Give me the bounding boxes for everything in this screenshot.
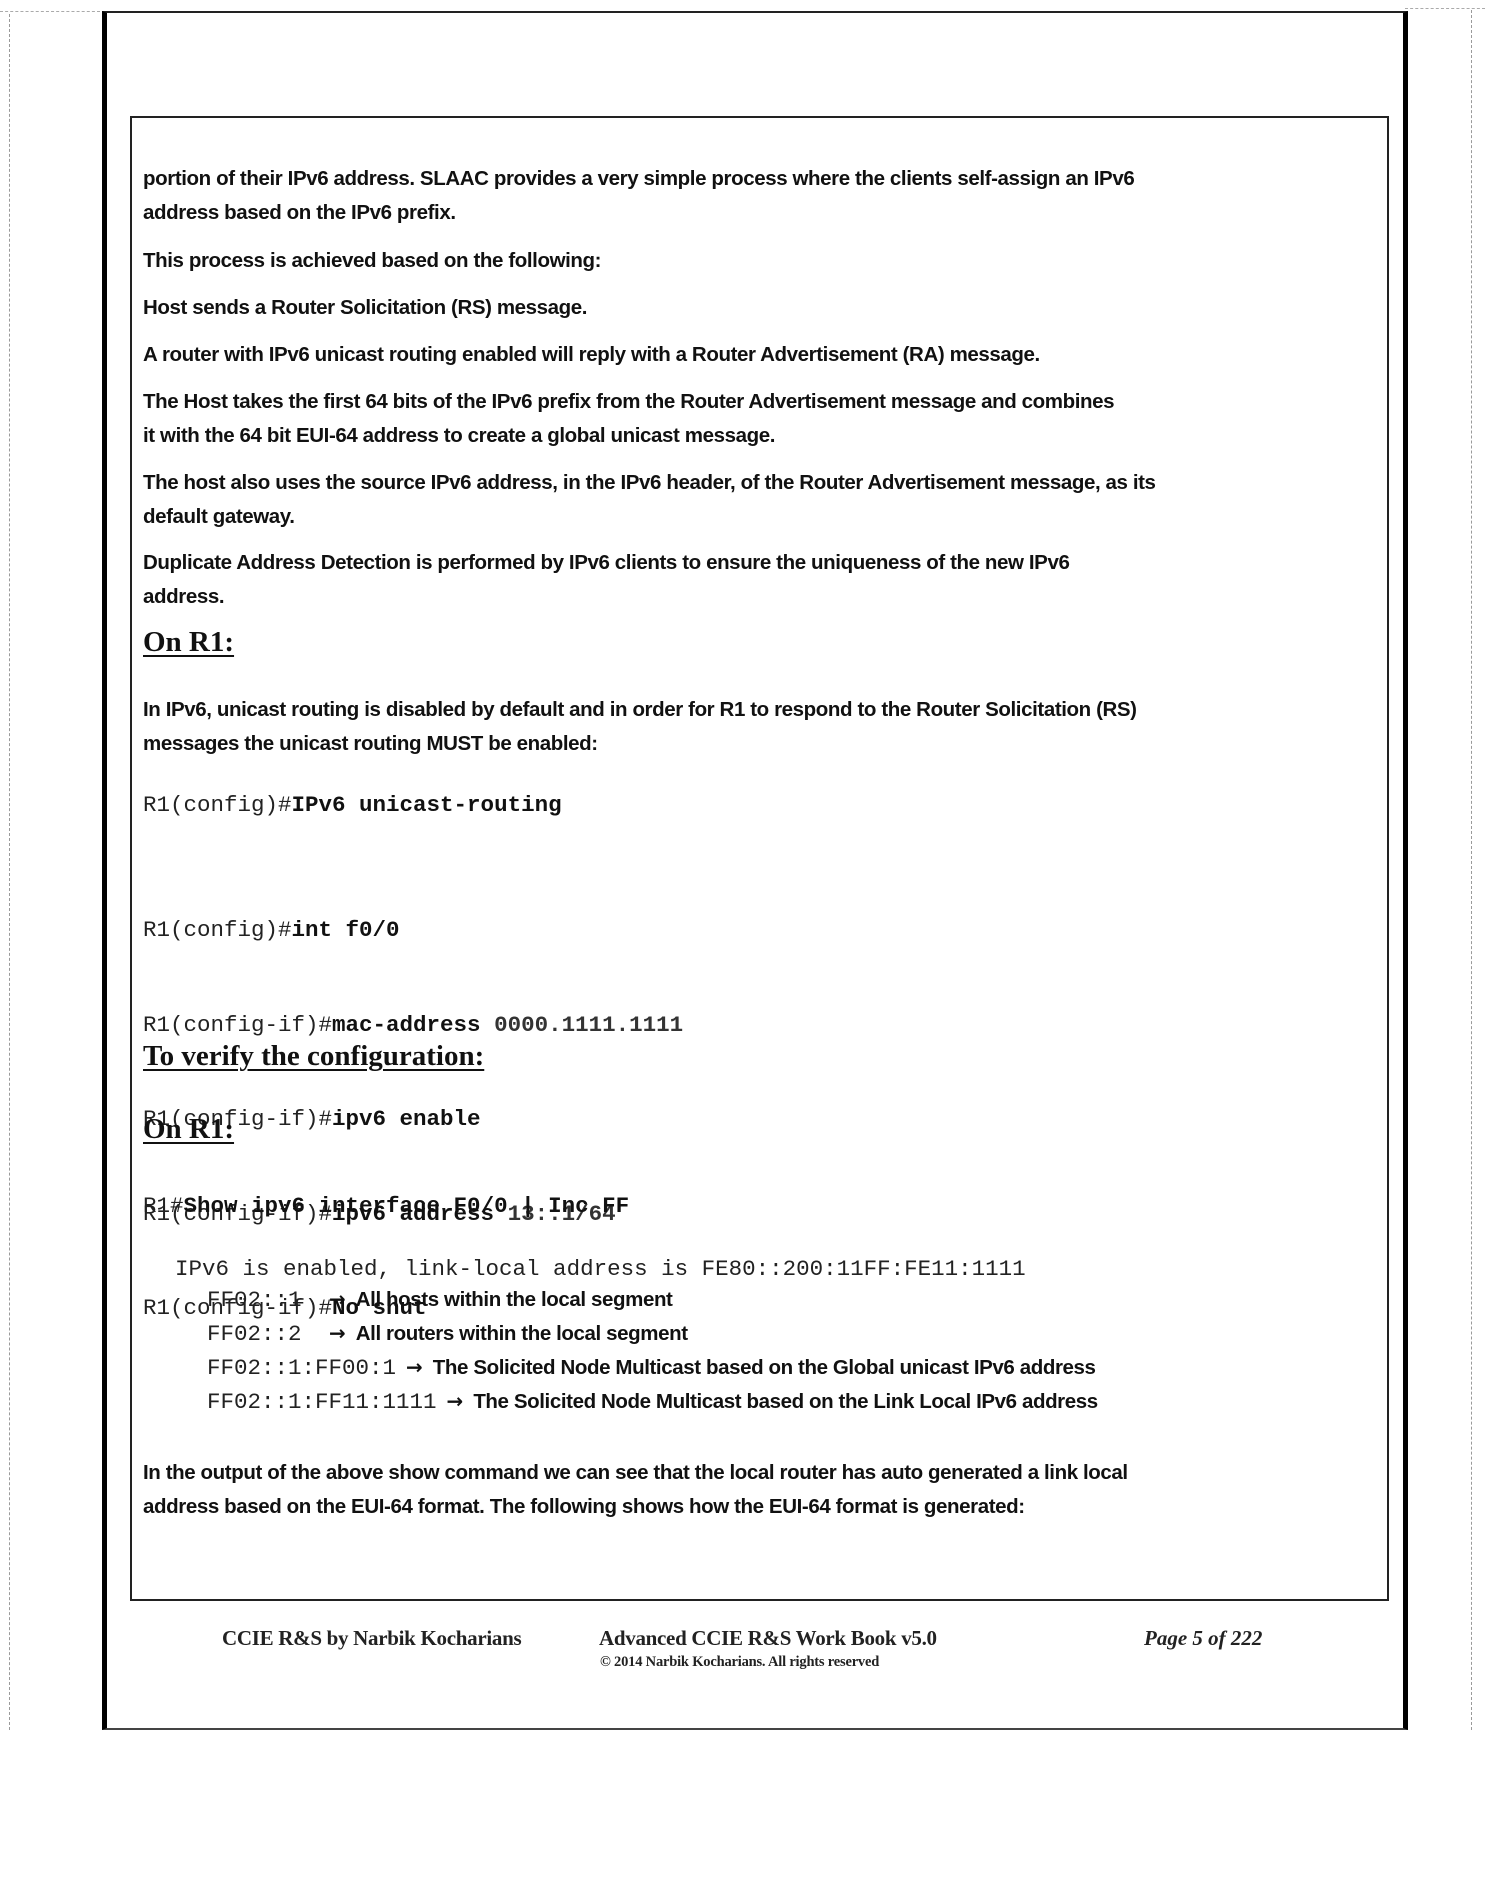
- arrow-right-icon: →: [329, 1321, 346, 1345]
- scan-edge-right: [1471, 10, 1473, 1730]
- arrow-right-icon: →: [447, 1389, 464, 1413]
- paragraph-line: The host also uses the source IPv6 addre…: [143, 466, 1156, 500]
- paragraph-line: portion of their IPv6 address. SLAAC pro…: [143, 162, 1134, 196]
- scan-edge-top-left: [0, 11, 100, 12]
- config-line: R1(config-if)#mac-address 0000.1111.1111: [143, 1010, 683, 1042]
- cli-prompt: R1(config)#: [143, 792, 292, 818]
- paragraph-ra: A router with IPv6 unicast routing enabl…: [143, 338, 1040, 372]
- paragraph-line: In the output of the above show command …: [143, 1456, 1128, 1490]
- cli-prompt: R1(config-if)#: [143, 1012, 332, 1038]
- arrow-right-icon: →: [329, 1287, 346, 1311]
- paragraph-gateway: The host also uses the source IPv6 addre…: [143, 466, 1156, 534]
- heading-on-r1: On R1:: [143, 626, 234, 659]
- multicast-address: FF02::1:FF11:1111: [207, 1389, 437, 1415]
- paragraph-line: A router with IPv6 unicast routing enabl…: [143, 338, 1040, 372]
- paragraph-rs: Host sends a Router Solicitation (RS) me…: [143, 291, 587, 325]
- multicast-description: All routers within the local segment: [356, 1322, 688, 1346]
- heading-verify: To verify the configuration:: [143, 1040, 484, 1073]
- multicast-row: FF02::1:FF00:1→The Solicited Node Multic…: [207, 1355, 1096, 1389]
- paragraph-process: This process is achieved based on the fo…: [143, 244, 601, 278]
- paragraph-line: Duplicate Address Detection is performed…: [143, 546, 1069, 580]
- show-output-line: IPv6 is enabled, link-local address is F…: [175, 1254, 1026, 1286]
- scan-edge-left: [9, 14, 11, 1730]
- multicast-address: FF02::2: [207, 1321, 319, 1347]
- multicast-row: FF02::2→All routers within the local seg…: [207, 1321, 688, 1355]
- multicast-address: FF02::1: [207, 1287, 319, 1313]
- paragraph-line: it with the 64 bit EUI-64 address to cre…: [143, 419, 1114, 453]
- paragraph-eui64: In the output of the above show command …: [143, 1456, 1128, 1524]
- cli-command: int f0/0: [292, 917, 400, 943]
- paragraph-line: Host sends a Router Solicitation (RS) me…: [143, 291, 587, 325]
- multicast-address: FF02::1:FF00:1: [207, 1355, 396, 1381]
- paragraph-slaac: portion of their IPv6 address. SLAAC pro…: [143, 162, 1134, 230]
- paragraph-line: In IPv6, unicast routing is disabled by …: [143, 693, 1137, 727]
- paragraph-dad: Duplicate Address Detection is performed…: [143, 546, 1069, 614]
- paragraph-line: default gateway.: [143, 500, 1156, 534]
- paragraph-line: address based on the EUI-64 format. The …: [143, 1490, 1128, 1524]
- multicast-row: FF02::1→All hosts within the local segme…: [207, 1287, 673, 1321]
- cli-command: Show ipv6 interface F0/0 | Inc FF: [184, 1193, 630, 1219]
- multicast-description: The Solicited Node Multicast based on th…: [433, 1356, 1096, 1380]
- multicast-description: All hosts within the local segment: [356, 1288, 673, 1312]
- multicast-row: FF02::1:FF11:1111→The Solicited Node Mul…: [207, 1389, 1098, 1423]
- paragraph-unicast-note: In IPv6, unicast routing is disabled by …: [143, 693, 1137, 761]
- cli-prompt: R1(config)#: [143, 917, 292, 943]
- footer-author: CCIE R&S by Narbik Kocharians: [222, 1626, 521, 1651]
- paragraph-line: address.: [143, 580, 1069, 614]
- cli-argument: 0000.1111.1111: [481, 1012, 684, 1038]
- scan-edge-top-right: [1405, 8, 1485, 9]
- footer-page-number: Page 5 of 222: [1144, 1626, 1262, 1651]
- cli-command: ipv6 enable: [332, 1106, 481, 1132]
- footer-copyright: © 2014 Narbik Kocharians. All rights res…: [600, 1654, 879, 1671]
- cli-prompt: R1#: [143, 1193, 184, 1219]
- cli-command: mac-address: [332, 1012, 481, 1038]
- config-line: R1(config)#int f0/0: [143, 915, 683, 947]
- paragraph-host-prefix: The Host takes the first 64 bits of the …: [143, 385, 1114, 453]
- show-command: R1#Show ipv6 interface F0/0 | Inc FF: [143, 1191, 629, 1223]
- paragraph-line: This process is achieved based on the fo…: [143, 244, 601, 278]
- multicast-description: The Solicited Node Multicast based on th…: [473, 1390, 1097, 1414]
- paragraph-line: The Host takes the first 64 bits of the …: [143, 385, 1114, 419]
- footer-book-title: Advanced CCIE R&S Work Book v5.0: [599, 1626, 937, 1651]
- paragraph-line: messages the unicast routing MUST be ena…: [143, 727, 1137, 761]
- arrow-right-icon: →: [406, 1355, 423, 1379]
- heading-on-r1-verify: On R1:: [143, 1113, 234, 1146]
- cli-command: IPv6 unicast-routing: [292, 792, 562, 818]
- paragraph-line: address based on the IPv6 prefix.: [143, 196, 1134, 230]
- config-line-unicast-routing: R1(config)#IPv6 unicast-routing: [143, 790, 562, 822]
